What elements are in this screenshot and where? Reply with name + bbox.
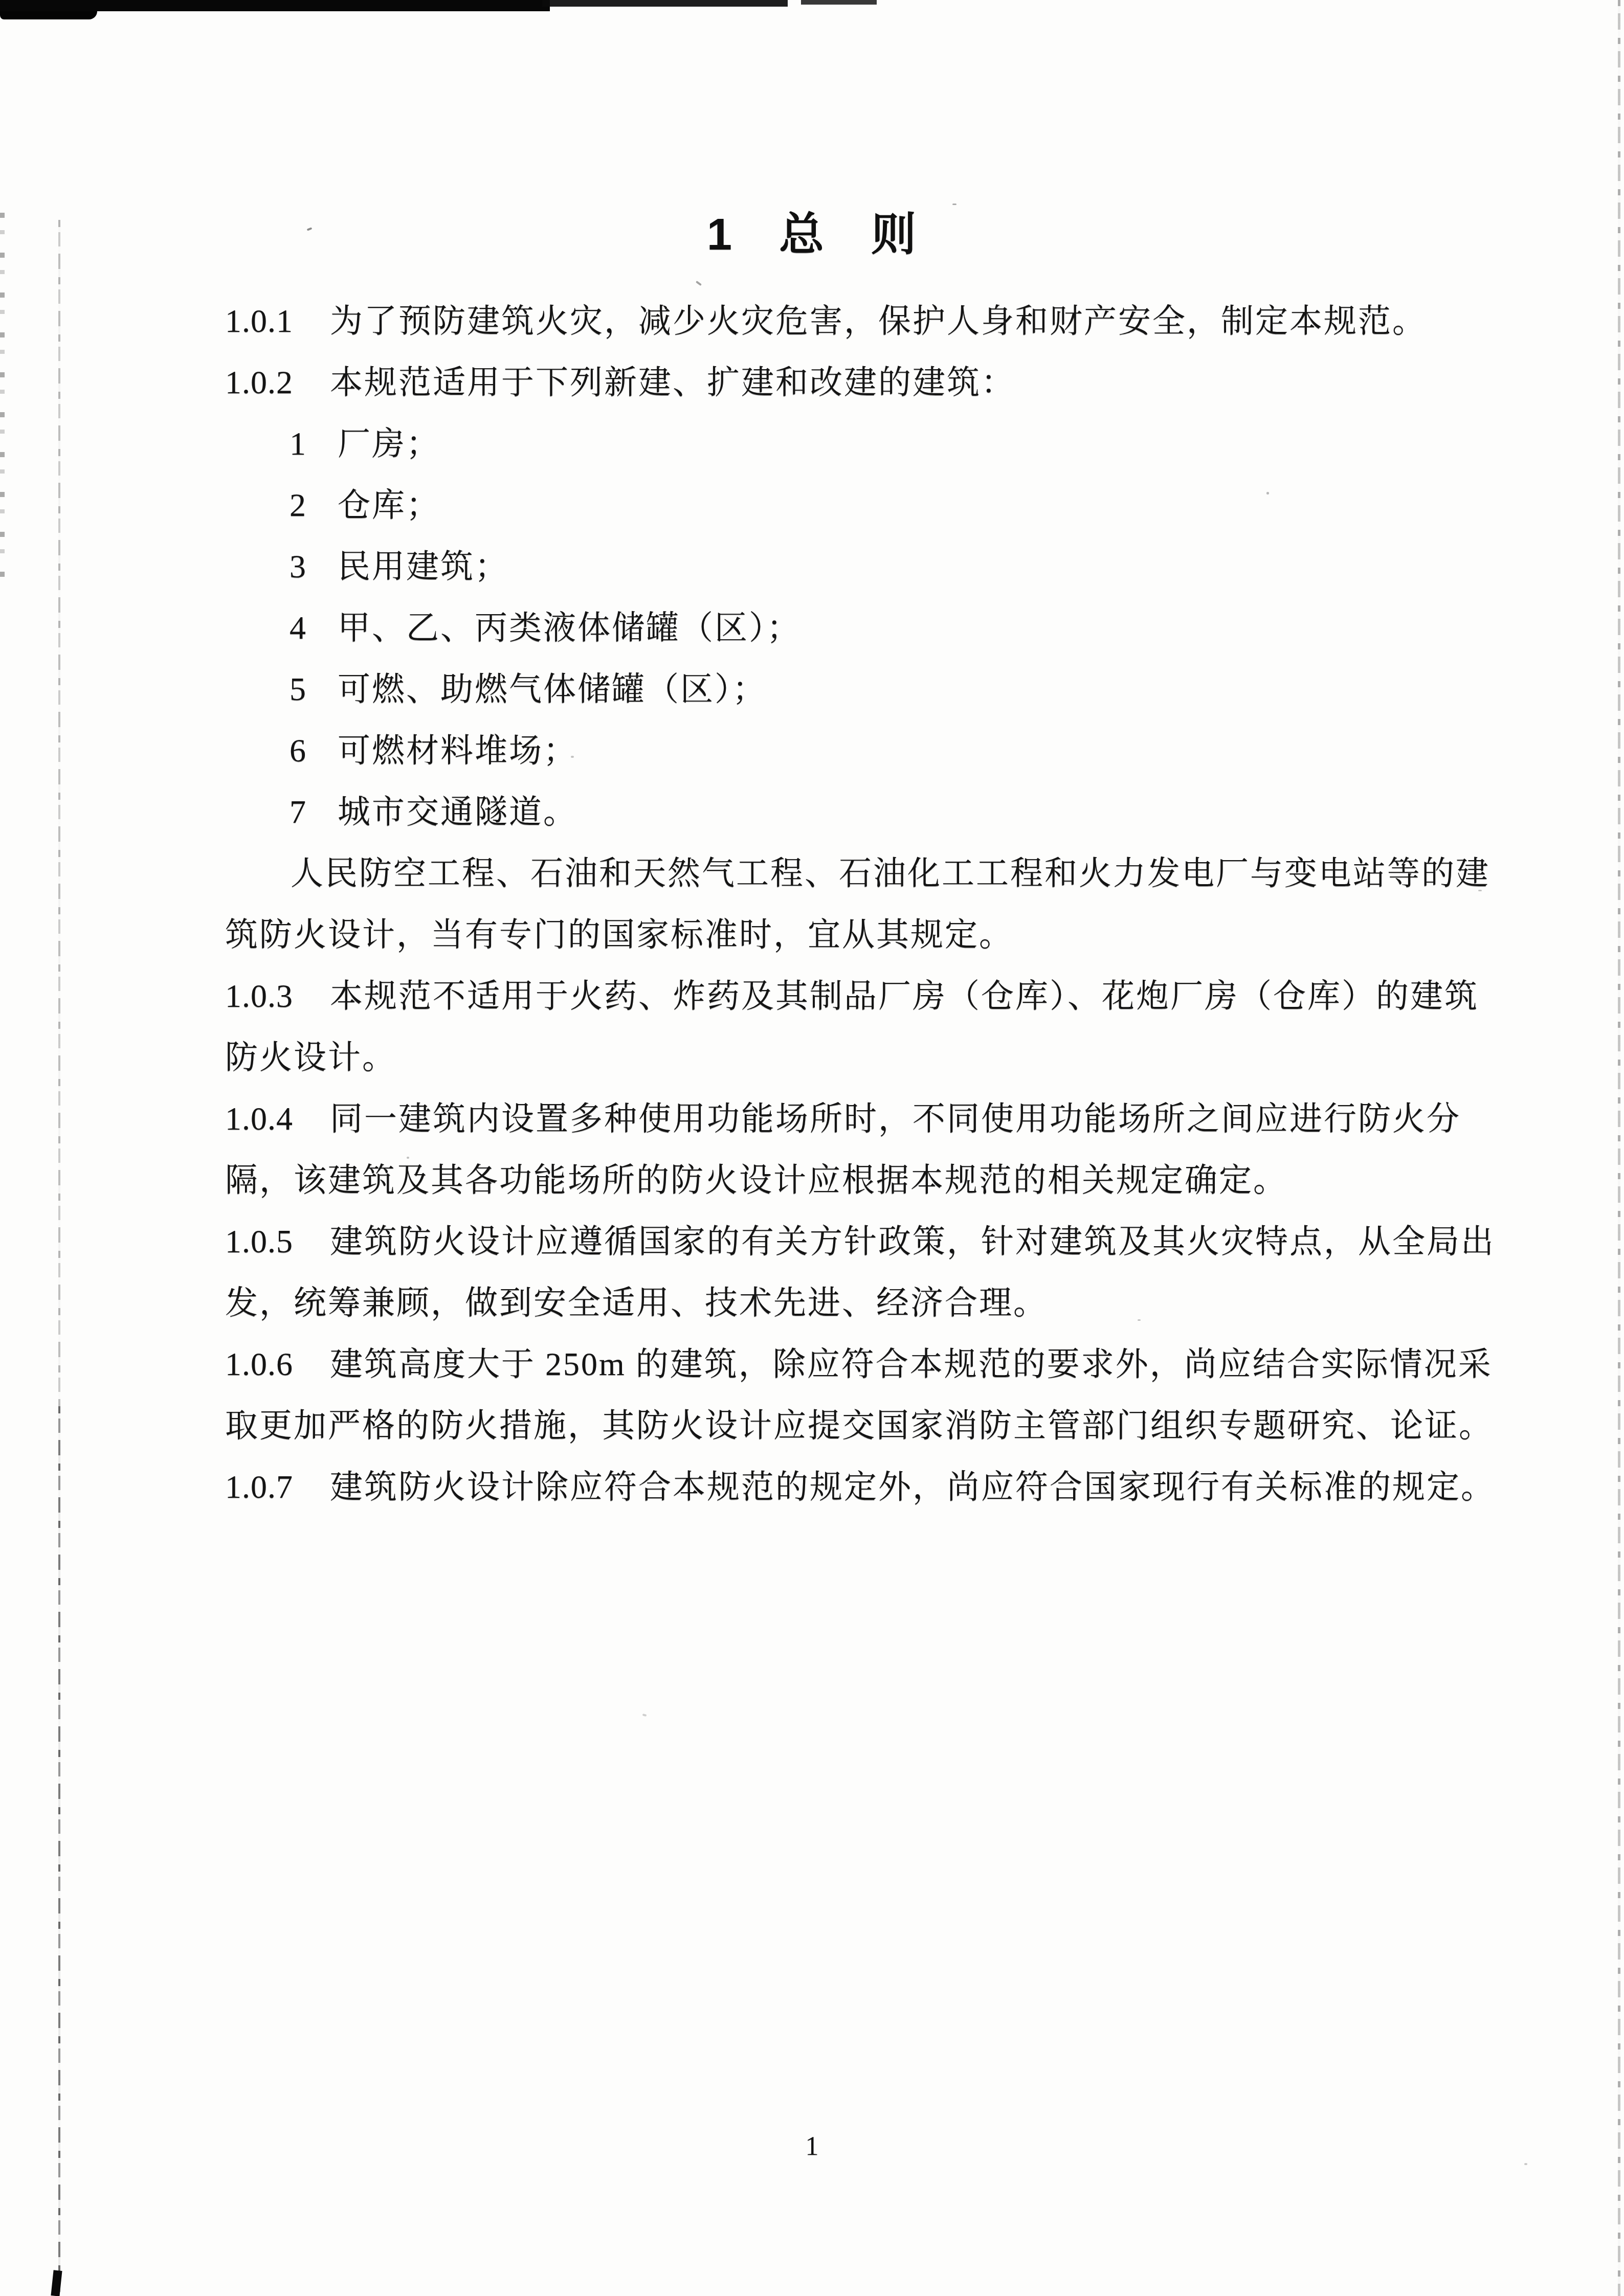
list-item-number: 1 bbox=[290, 425, 306, 462]
page-body: 1.0.1为了预防建筑火灾，减少火灾危害，保护人身和财产安全，制定本规范。 1.… bbox=[225, 290, 1514, 1518]
list-item-text: 可燃、助燃气体储罐（区）； bbox=[338, 671, 767, 707]
list-item-number: 4 bbox=[290, 610, 306, 646]
clause-text: 建筑高度大于 250m 的建筑，除应符合本规范的要求外，尚应结合实际情况采 取更… bbox=[225, 1346, 1493, 1444]
list-item: 5可燃、助燃气体储罐（区）； bbox=[225, 659, 1514, 720]
clause-text: 建筑防火设计应遵循国家的有关方针政策，针对建筑及其火灾特点，从全局出 发，统筹兼… bbox=[225, 1223, 1495, 1321]
clause-text: 同一建筑内设置多种使用功能场所时，不同使用功能场所之间应进行防火分 隔，该建筑及… bbox=[225, 1100, 1461, 1198]
scan-speck bbox=[696, 281, 702, 286]
scan-speck bbox=[1524, 2163, 1527, 2165]
clause-number: 1.0.7 bbox=[225, 1469, 293, 1505]
list-item-text: 民用建筑； bbox=[338, 548, 509, 584]
scan-binding-line-right bbox=[1618, 0, 1620, 2296]
scan-binding-line-left-lower bbox=[58, 1406, 60, 2296]
clause-number: 1.0.4 bbox=[225, 1100, 293, 1137]
clause-1-0-2: 1.0.2本规范适用于下列新建、扩建和改建的建筑： bbox=[225, 352, 1514, 413]
list-item: 3民用建筑； bbox=[225, 536, 1514, 597]
scan-top-bar bbox=[0, 0, 550, 11]
clause-1-0-6: 1.0.6建筑高度大于 250m 的建筑，除应符合本规范的要求外，尚应结合实际情… bbox=[225, 1334, 1514, 1456]
list-item-text: 城市交通隧道。 bbox=[338, 794, 577, 830]
scan-speck bbox=[952, 204, 956, 205]
list-item-number: 7 bbox=[290, 794, 306, 830]
list-item-number: 3 bbox=[290, 548, 306, 584]
list-item-text: 仓库； bbox=[338, 487, 440, 523]
chapter-title: 1 总 则 bbox=[0, 209, 1624, 260]
clause-1-0-4: 1.0.4同一建筑内设置多种使用功能场所时，不同使用功能场所之间应进行防火分 隔… bbox=[225, 1088, 1514, 1211]
scan-left-edge-marks bbox=[0, 213, 5, 586]
clause-text: 建筑防火设计除应符合本规范的规定外，尚应符合国家现行有关标准的规定。 bbox=[330, 1469, 1495, 1505]
list-item-number: 5 bbox=[290, 671, 306, 707]
scan-binding-line-left-foot bbox=[51, 2270, 62, 2296]
clause-number: 1.0.3 bbox=[225, 978, 293, 1014]
scanned-document-page: 1 总 则 1.0.1为了预防建筑火灾，减少火灾危害，保护人身和财产安全，制定本… bbox=[0, 0, 1624, 2296]
clause-1-0-5: 1.0.5建筑防火设计应遵循国家的有关方针政策，针对建筑及其火灾特点，从全局出 … bbox=[225, 1211, 1514, 1334]
scan-speck bbox=[642, 1714, 647, 1717]
clause-number: 1.0.6 bbox=[225, 1346, 293, 1382]
list-item-text: 甲、乙、丙类液体储罐（区）； bbox=[338, 610, 801, 646]
list-item: 7城市交通隧道。 bbox=[225, 781, 1514, 843]
clause-number: 1.0.5 bbox=[225, 1223, 293, 1259]
list-item-number: 2 bbox=[290, 487, 306, 523]
note-paragraph: 人民防空工程、石油和天然气工程、石油化工工程和火力发电厂与变电站等的建 筑防火设… bbox=[225, 843, 1514, 965]
clause-1-0-7: 1.0.7建筑防火设计除应符合本规范的规定外，尚应符合国家现行有关标准的规定。 bbox=[225, 1456, 1514, 1518]
clause-text: 本规范适用于下列新建、扩建和改建的建筑： bbox=[330, 364, 1015, 400]
scan-top-bar-tail bbox=[801, 0, 877, 5]
list-item: 2仓库； bbox=[225, 475, 1514, 536]
list-item: 6可燃材料堆场； bbox=[225, 720, 1514, 781]
clause-text: 本规范不适用于火药、炸药及其制品厂房（仓库）、花炮厂房（仓库）的建筑 防火设计。 bbox=[225, 978, 1479, 1075]
list-item-text: 可燃材料堆场； bbox=[338, 732, 577, 769]
list-item: 1厂房； bbox=[225, 413, 1514, 475]
scan-top-bar-fade bbox=[542, 0, 788, 7]
clause-text: 为了预防建筑火灾，减少火灾危害，保护人身和财产安全，制定本规范。 bbox=[330, 303, 1427, 339]
clause-number: 1.0.2 bbox=[225, 364, 293, 400]
list-item: 4甲、乙、丙类液体储罐（区）； bbox=[225, 597, 1514, 659]
list-item-text: 厂房； bbox=[338, 425, 440, 462]
list-item-number: 6 bbox=[290, 732, 306, 769]
clause-number: 1.0.1 bbox=[225, 303, 293, 339]
scan-binding-line-left-upper bbox=[58, 220, 60, 1406]
clause-1-0-1: 1.0.1为了预防建筑火灾，减少火灾危害，保护人身和财产安全，制定本规范。 bbox=[225, 290, 1514, 352]
page-number: 1 bbox=[0, 2131, 1624, 2162]
clause-1-0-3: 1.0.3本规范不适用于火药、炸药及其制品厂房（仓库）、花炮厂房（仓库）的建筑 … bbox=[225, 965, 1514, 1088]
